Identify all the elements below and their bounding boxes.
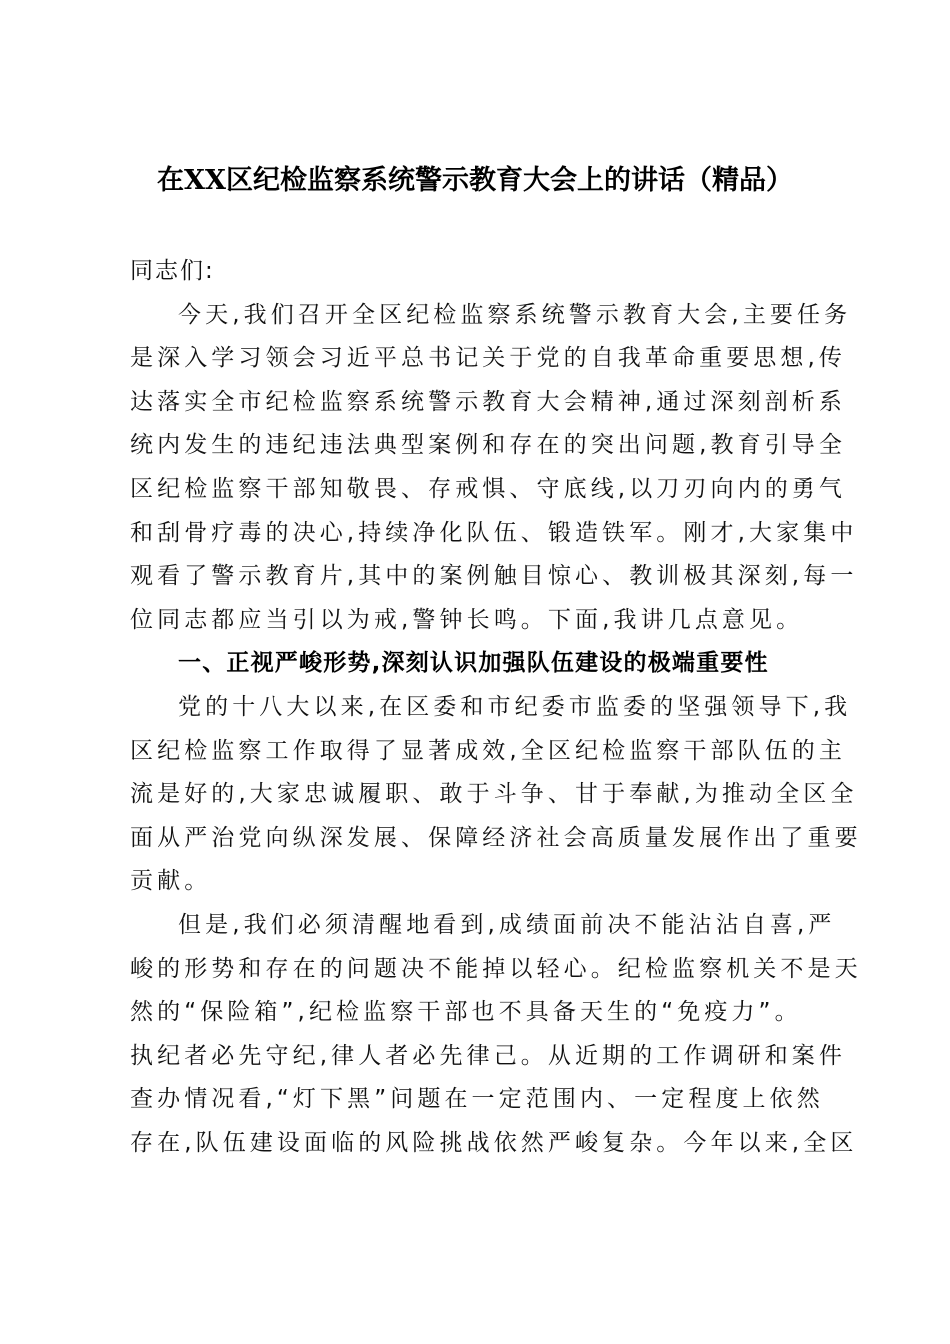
paragraph-line: 存在,队伍建设面临的风险挑战依然严峻复杂。今年以来,全区 [130, 1122, 830, 1166]
document-title: 在XX区纪检监察系统警示教育大会上的讲话（精品） [0, 163, 950, 199]
paragraph-line: 然的“保险箱”,纪检监察干部也不具备天生的“免疫力”。 [130, 991, 830, 1035]
paragraph-line: 区纪检监察工作取得了显著成效,全区纪检监察干部队伍的主 [130, 730, 830, 774]
paragraph-line: 面从严治党向纵深发展、保障经济社会高质量发展作出了重要 [130, 817, 830, 861]
paragraph-line: 观看了警示教育片,其中的案例触目惊心、教训极其深刻,每一 [130, 555, 830, 599]
paragraph-line: 统内发生的违纪违法典型案例和存在的突出问题,教育引导全 [130, 424, 830, 468]
paragraph-line: 但是,我们必须清醒地看到,成绩面前决不能沾沾自喜,严 [130, 904, 830, 948]
paragraph-line: 达落实全市纪检监察系统警示教育大会精神,通过深刻剖析系 [130, 381, 830, 425]
paragraph-line: 查办情况看,“灯下黑”问题在一定范围内、一定程度上依然 [130, 1078, 830, 1122]
document-page: 在XX区纪检监察系统警示教育大会上的讲话（精品） 同志们: 今天,我们召开全区纪… [0, 0, 950, 1344]
paragraph-line: 峻的形势和存在的问题决不能掉以轻心。纪检监察机关不是天 [130, 948, 830, 992]
paragraph-line: 是深入学习领会习近平总书记关于党的自我革命重要思想,传 [130, 337, 830, 381]
paragraph-line: 党的十八大以来,在区委和市纪委市监委的坚强领导下,我 [130, 686, 830, 730]
section-heading: 一、正视严峻形势,深刻认识加强队伍建设的极端重要性 [130, 642, 830, 686]
paragraph-line: 今天,我们召开全区纪检监察系统警示教育大会,主要任务 [130, 294, 830, 338]
paragraph-line: 贡献。 [130, 860, 830, 904]
paragraph-line: 区纪检监察干部知敬畏、存戒惧、守底线,以刀刃向内的勇气 [130, 468, 830, 512]
paragraph-line: 流是好的,大家忠诚履职、敢于斗争、甘于奉献,为推动全区全 [130, 773, 830, 817]
paragraph-line: 和刮骨疗毒的决心,持续净化队伍、锻造铁军。刚才,大家集中 [130, 512, 830, 556]
salutation: 同志们: [130, 250, 830, 294]
paragraph-line: 执纪者必先守纪,律人者必先律己。从近期的工作调研和案件 [130, 1035, 830, 1079]
document-body: 同志们: 今天,我们召开全区纪检监察系统警示教育大会,主要任务 是深入学习领会习… [130, 250, 830, 1165]
paragraph-line: 位同志都应当引以为戒,警钟长鸣。下面,我讲几点意见。 [130, 599, 830, 643]
